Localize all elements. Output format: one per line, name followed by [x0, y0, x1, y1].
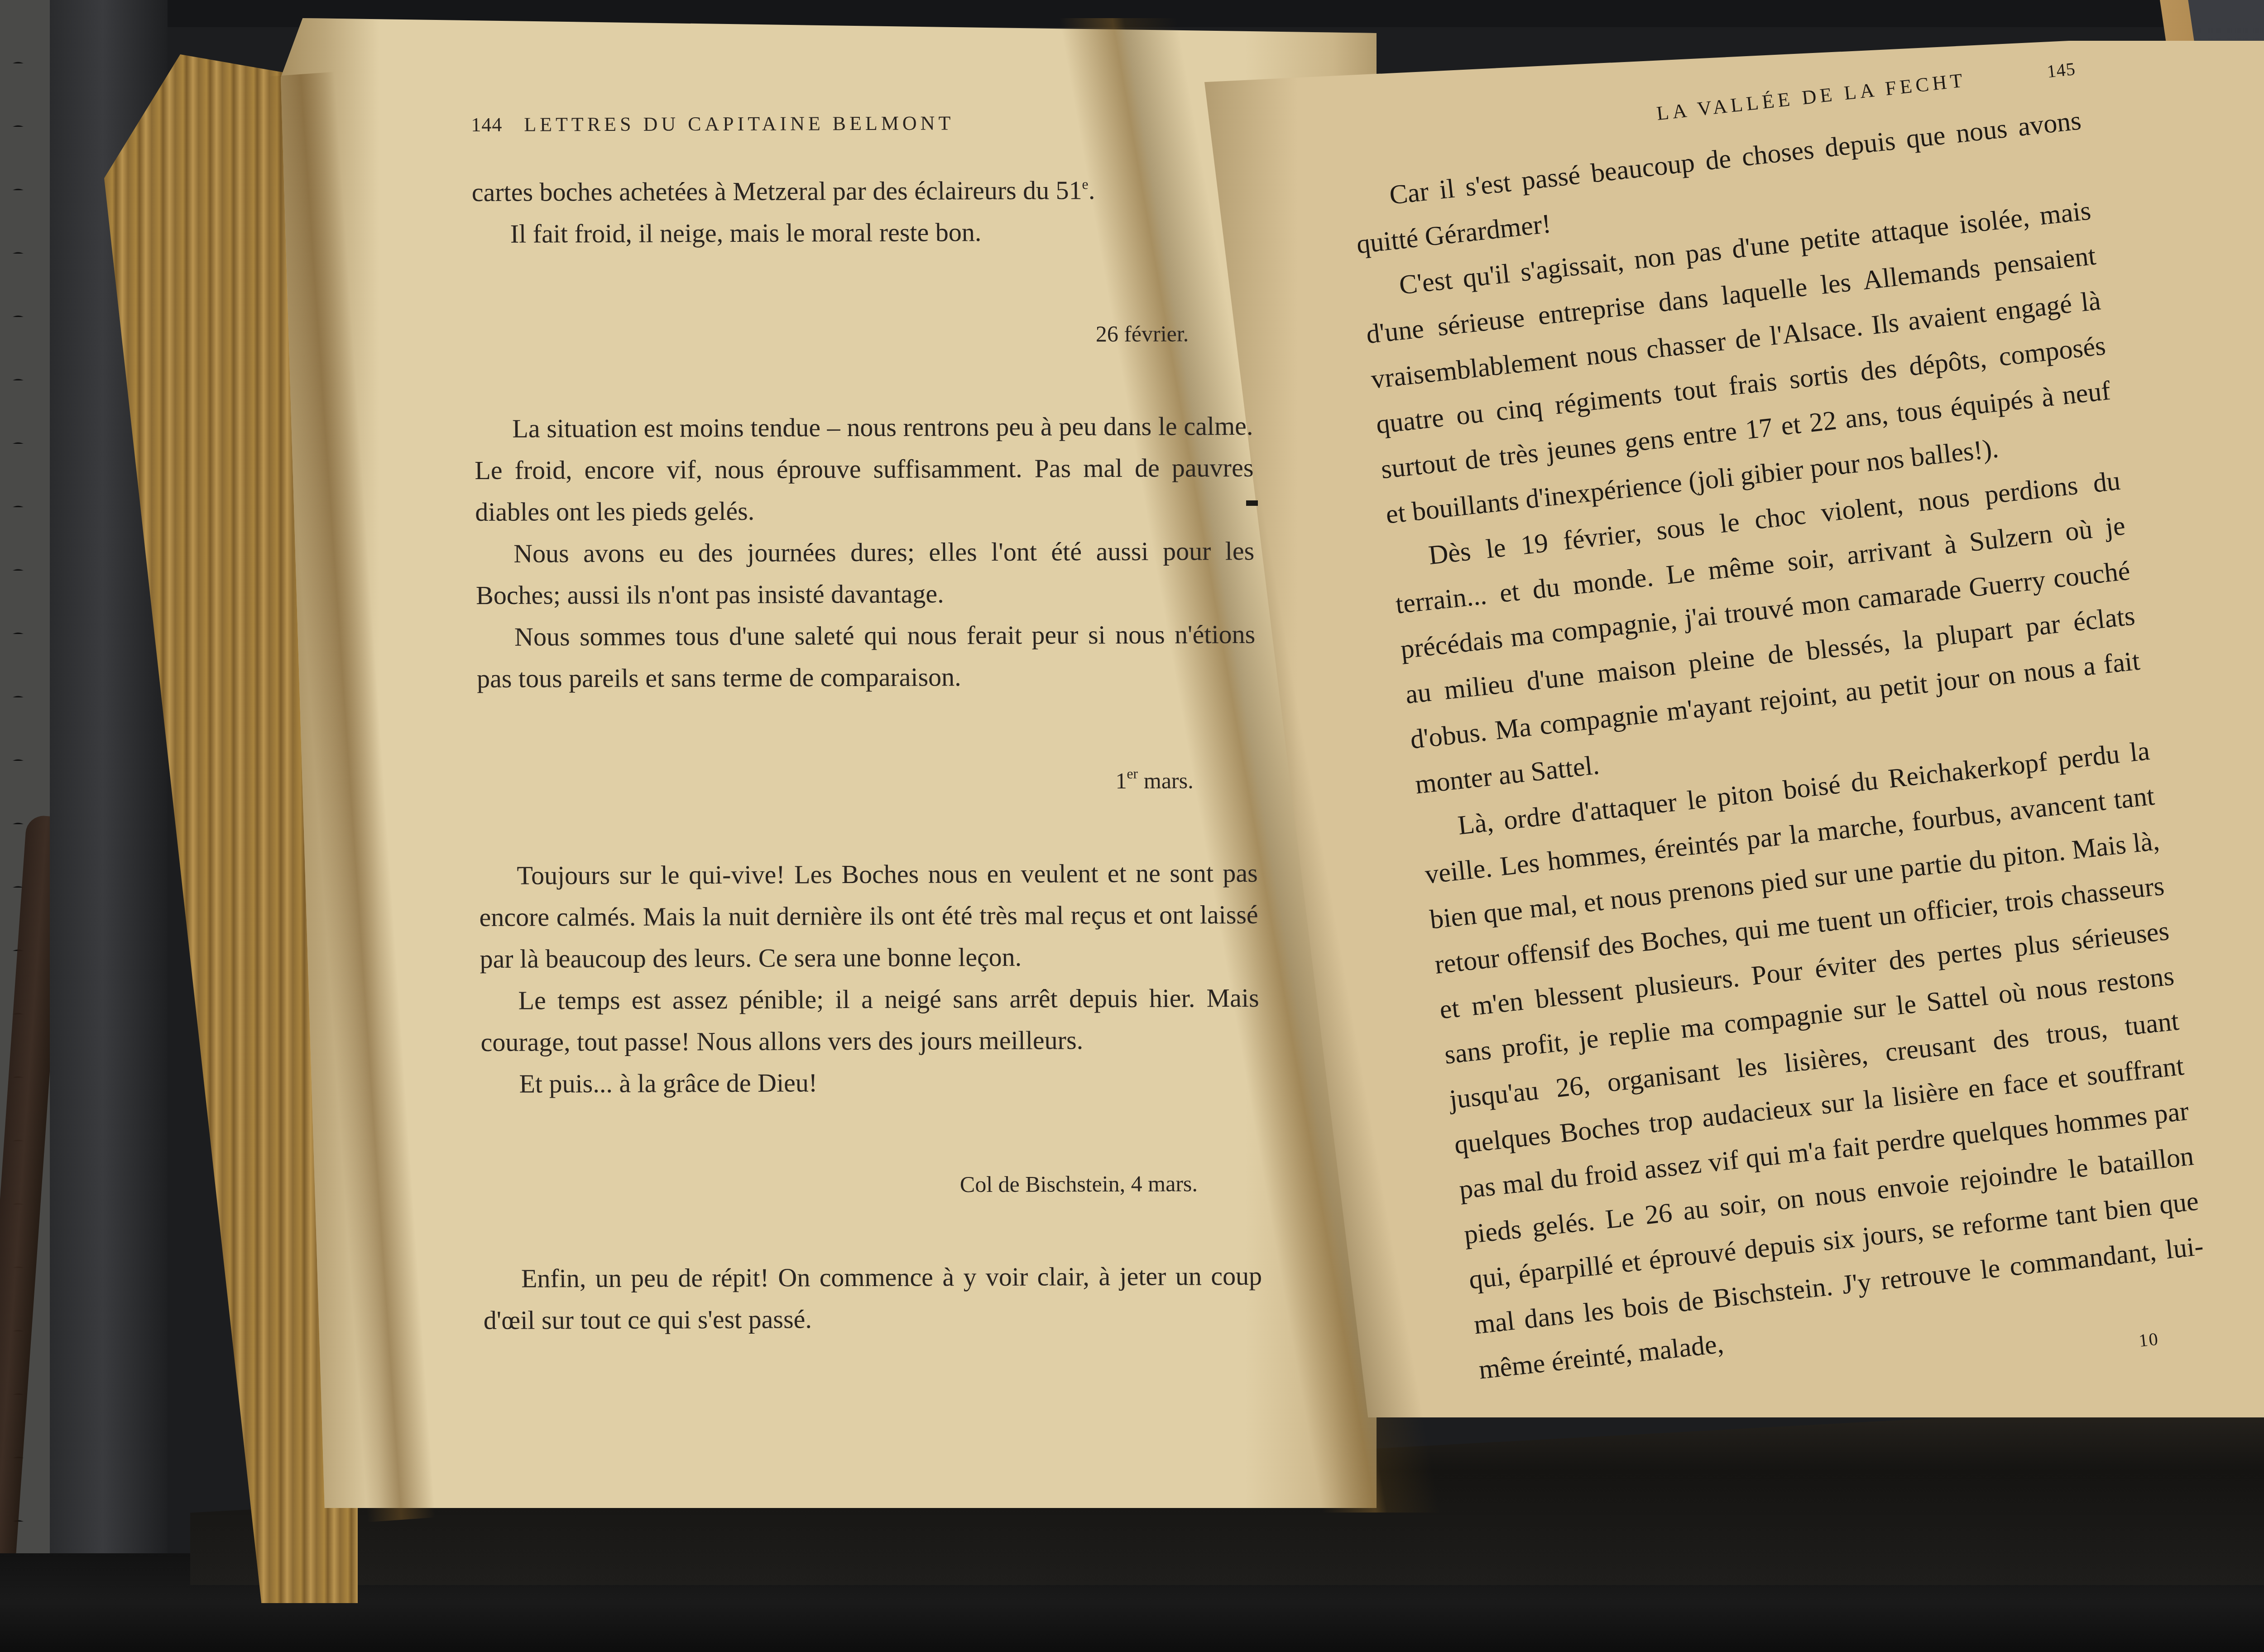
paragraph: Le temps est assez pénible; il a neigé s… [480, 977, 1260, 1063]
superscript: e [1082, 176, 1089, 192]
left-running-head: 144 LETTRES DU CAPITAINE BELMONT [471, 110, 1250, 136]
paragraph: Enfin, un peu de répit! On commence à y … [483, 1255, 1262, 1341]
paragraph: Là, ordre d'attaquer le piton boisé du R… [1418, 728, 2211, 1392]
superscript: er [1127, 765, 1138, 782]
paragraph: Il fait froid, il neige, mais le moral r… [472, 211, 1251, 255]
page-number-left: 144 [471, 113, 503, 136]
paragraph: Et puis... à la grâce de Dieu! [481, 1061, 1260, 1105]
letter-dateline: 1er mars. [478, 765, 1257, 796]
right-page-body: Car il s'est passé beaucoup de choses de… [1349, 98, 2211, 1393]
running-title-left: LETTRES DU CAPITAINE BELMONT [524, 111, 955, 136]
page-number-right: 145 [2046, 58, 2077, 82]
letter-dateline: 26 février. [473, 320, 1252, 349]
left-page-text: 144 LETTRES DU CAPITAINE BELMONT cartes … [471, 110, 1262, 1341]
paragraph: cartes boches achetées à Metzeral par de… [471, 163, 1251, 213]
paragraph: Nous avons eu des journées dures; elles … [475, 530, 1255, 616]
paragraph: La situation est moins tendue – nous ren… [474, 405, 1254, 533]
letter-dateline: Col de Bischstein, 4 mars. [482, 1170, 1262, 1199]
left-page-body: cartes boches achetées à Metzeral par de… [471, 163, 1262, 1341]
paragraph: Toujours sur le qui-vive! Les Boches nou… [479, 852, 1259, 980]
right-page-text: LA VALLÉE DE LA FECHT 145 Car il s'est p… [1345, 57, 2214, 1422]
open-book: 144 LETTRES DU CAPITAINE BELMONT cartes … [0, 0, 2264, 1652]
paragraph: Nous sommes tous d'une saleté qui nous f… [476, 614, 1256, 700]
